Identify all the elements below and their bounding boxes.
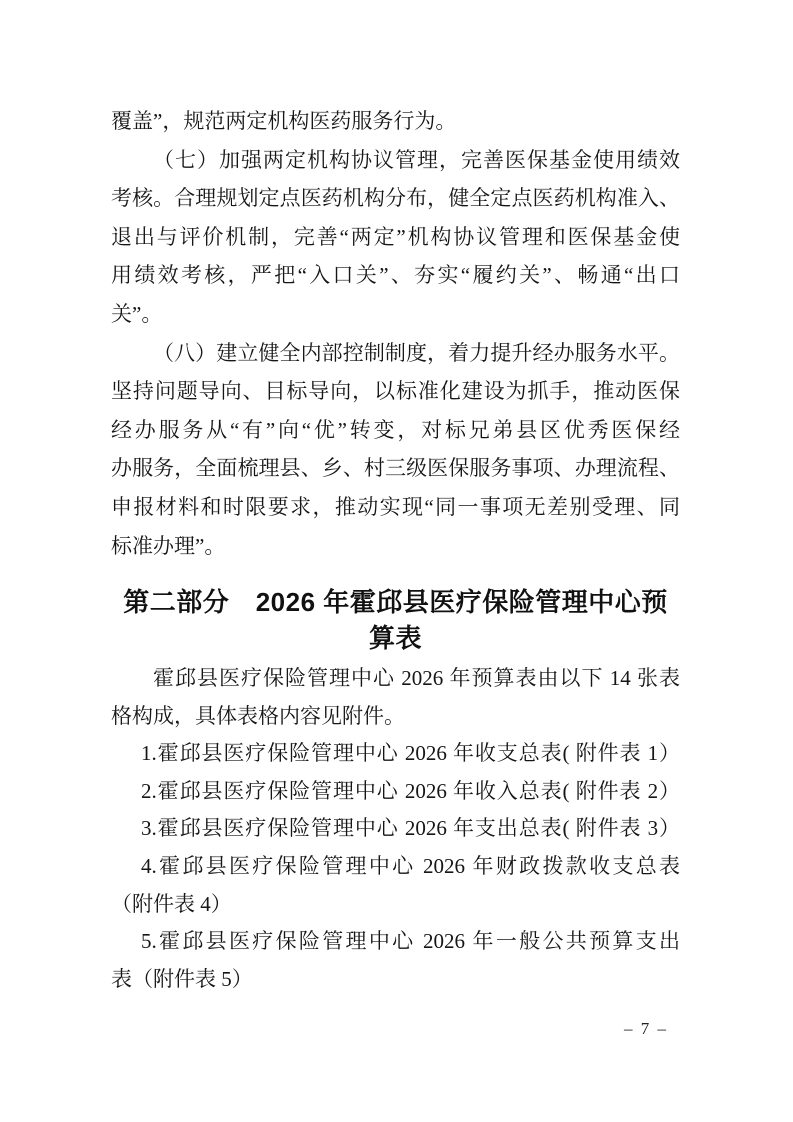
text-line: 坚持问题导向、目标导向，以标准化建设为抓手，推动医保	[111, 372, 680, 411]
text-line: 办服务，全面梳理县、乡、村三级医保服务事项、办理流程、	[111, 449, 680, 488]
list-item-line: 5.霍邱县医疗保险管理中心 2026 年一般公共预算支出	[111, 923, 680, 961]
section-heading: 第二部分 2026 年霍邱县医疗保险管理中心预算表	[111, 584, 680, 656]
body-text-block-top: 覆盖”，规范两定机构医药服务行为。 （七）加强两定机构协议管理，完善医保基金使用…	[111, 102, 680, 565]
text-line: （八）建立健全内部控制制度，着力提升经办服务水平。	[111, 334, 680, 373]
body-text-block-bottom: 霍邱县医疗保险管理中心 2026 年预算表由以下 14 张表 格构成，具体表格内…	[111, 660, 680, 998]
page-number: – 7 –	[624, 1019, 668, 1039]
list-item-line: 3.霍邱县医疗保险管理中心 2026 年支出总表( 附件表 3）	[111, 810, 680, 848]
text-line: 申报材料和时限要求，推动实现“同一事项无差别受理、同	[111, 488, 680, 527]
list-item-line: 1.霍邱县医疗保险管理中心 2026 年收支总表( 附件表 1）	[111, 735, 680, 773]
list-item-line: 表（附件表 5）	[111, 961, 680, 999]
document-page: 覆盖”，规范两定机构医药服务行为。 （七）加强两定机构协议管理，完善医保基金使用…	[0, 0, 793, 1122]
list-item-line: 4.霍邱县医疗保险管理中心 2026 年财政拨款收支总表	[111, 848, 680, 886]
text-line: 考核。合理规划定点医药机构分布，健全定点医药机构准入、	[111, 179, 680, 218]
text-line: （七）加强两定机构协议管理，完善医保基金使用绩效	[111, 141, 680, 180]
text-line: 霍邱县医疗保险管理中心 2026 年预算表由以下 14 张表	[111, 660, 680, 698]
text-line: 覆盖”，规范两定机构医药服务行为。	[111, 102, 680, 141]
text-line: 用绩效考核，严把“入口关”、夯实“履约关”、畅通“出口	[111, 256, 680, 295]
text-line: 格构成，具体表格内容见附件。	[111, 698, 680, 736]
text-line: 关”。	[111, 295, 680, 334]
text-line: 经办服务从“有”向“优”转变，对标兄弟县区优秀医保经	[111, 411, 680, 450]
list-item-line: 2.霍邱县医疗保险管理中心 2026 年收入总表( 附件表 2）	[111, 773, 680, 811]
text-line: 退出与评价机制，完善“两定”机构协议管理和医保基金使	[111, 218, 680, 257]
text-line: 标准办理”。	[111, 527, 680, 566]
list-item-line: （附件表 4）	[111, 886, 680, 924]
